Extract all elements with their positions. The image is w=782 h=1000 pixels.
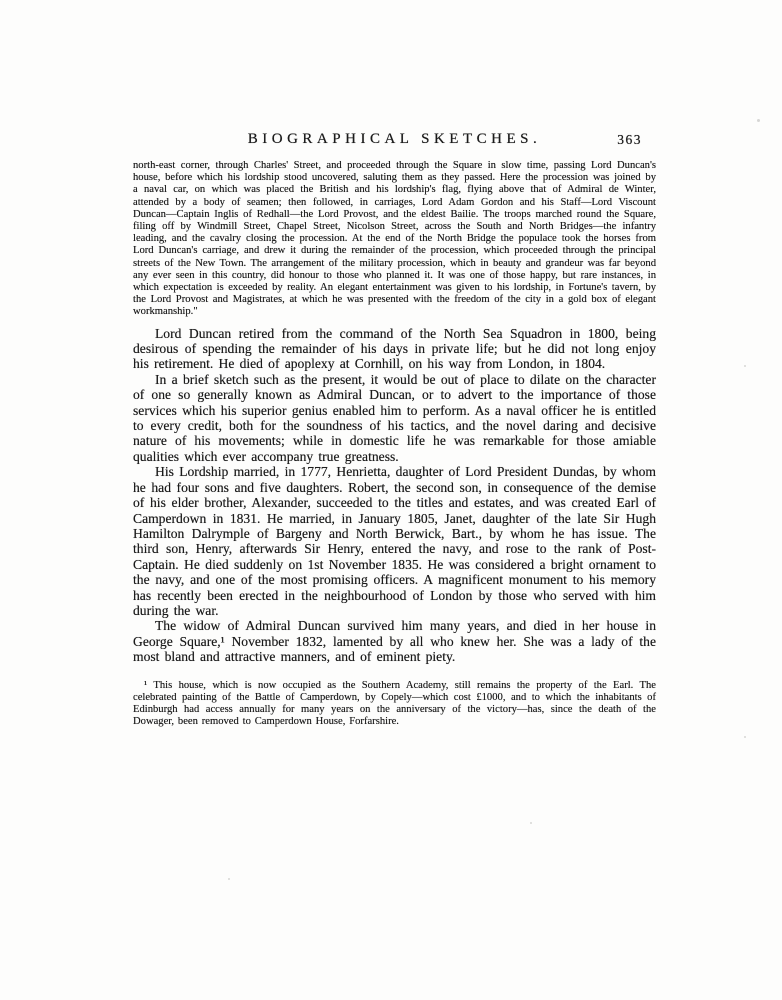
paragraph-duncan-retirement: Lord Duncan retired from the command of … xyxy=(133,326,656,372)
scan-speck xyxy=(744,365,746,367)
paragraph-lordship-married: His Lordship married, in 1777, Henrietta… xyxy=(133,464,656,618)
footnote: ¹ This house, which is now occupied as t… xyxy=(133,680,656,729)
scan-speck xyxy=(530,822,532,824)
main-text: Lord Duncan retired from the command of … xyxy=(133,326,656,665)
text-column: BIOGRAPHICAL SKETCHES. 363 north-east co… xyxy=(133,131,656,729)
scan-speck xyxy=(228,878,230,880)
quoted-excerpt: north-east corner, through Charles' Stre… xyxy=(133,160,656,319)
page-header: BIOGRAPHICAL SKETCHES. 363 xyxy=(133,131,656,148)
paragraph-widow: The widow of Admiral Duncan survived him… xyxy=(133,618,656,664)
page-number: 363 xyxy=(617,132,642,148)
scan-speck xyxy=(744,736,746,738)
scan-speck xyxy=(757,119,760,122)
paragraph-brief-sketch: In a brief sketch such as the present, i… xyxy=(133,372,656,464)
running-title: BIOGRAPHICAL SKETCHES. xyxy=(133,131,656,148)
book-page: BIOGRAPHICAL SKETCHES. 363 north-east co… xyxy=(0,0,782,1000)
